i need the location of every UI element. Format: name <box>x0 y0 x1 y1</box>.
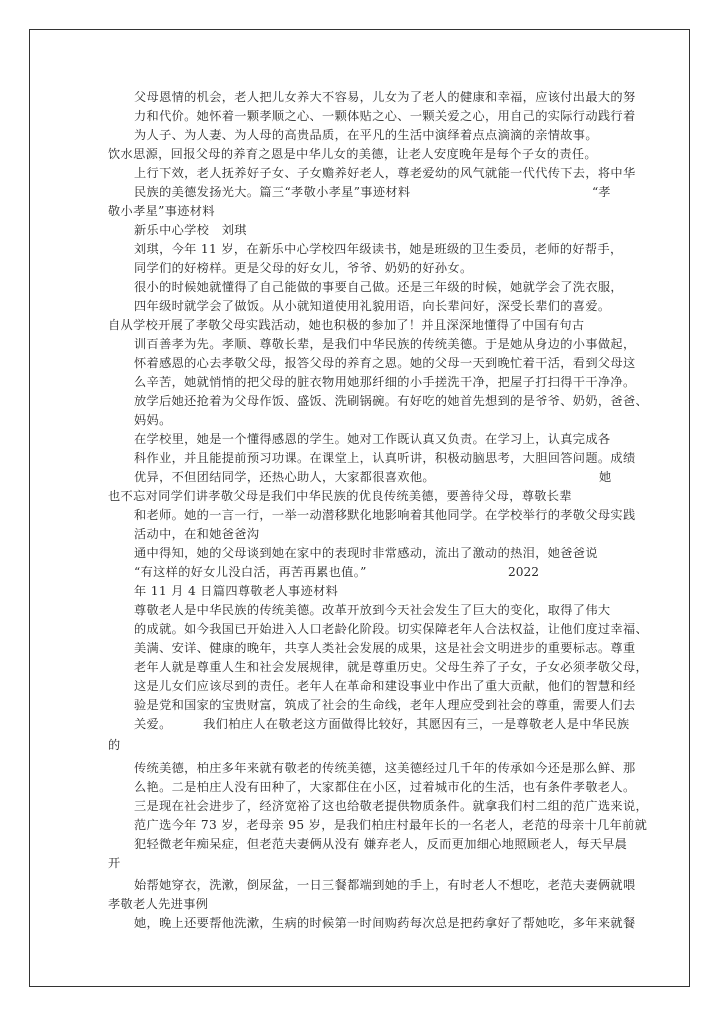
text-line: 这是儿女们应该尽到的责任。老年人在革命和建设事业中作出了重大贡献，他们的智慧和经 <box>134 678 636 694</box>
text-line: 优异，不但团结同学，还热心助人，大家都很喜欢他。 <box>134 469 435 485</box>
text-line: 也不忘对同学们讲孝敬父母是我们中华民族的优良传统美德，要善待父母，尊敬长辈 <box>108 488 572 504</box>
text-line: 尊敬老人是中华民族的传统美德。改革开放到今天社会发生了巨大的变化，取得了伟大 <box>134 602 610 618</box>
text-line: 的成就。如今我国已开始进入人口老龄化阶段。切实保障老年人合法权益，让他们度过幸福… <box>134 621 648 637</box>
text-line: 很小的时候她就懂得了自己能做的事要自己做。还是三年级的时候，她就学会了洗衣服， <box>134 279 623 295</box>
text-line: 三是现在社会进步了，经济宽裕了这也给敬老提供物质条件。就拿我们村二组的范广选来说… <box>134 798 648 814</box>
text-line: 敬小孝星”事迹材料 <box>108 203 215 219</box>
text-line: 开 <box>108 855 121 871</box>
text-line: 新乐中心学校 刘琪 <box>134 222 247 238</box>
text-line-fragment: 她 <box>599 469 611 485</box>
text-line: 同学们的好榜样。更是父母的好女儿，爷爷、奶奶的好孙女。 <box>134 260 473 276</box>
text-line: 在学校里，她是一个懂得感恩的学生。她对工作既认真又负责。在学习上，认真完成各 <box>134 431 610 447</box>
text-line: 么艳。二是柏庄人没有田种了，大家都住在小区，过着城市化的生活，也有条件孝敬老人。 <box>134 779 636 795</box>
text-line: 放学后她还抢着为父母作饭、盛饭、洗刷锅碗。有好吃的她首先想到的是爷爷、奶奶，爸爸… <box>134 393 648 409</box>
text-line: 关爱。 我们柏庄人在敬老这方面做得比较好，其愿因有三，一是尊敬老人是中华民族 <box>134 716 629 732</box>
text-line: 父母恩情的机会，老人把儿女养大不容易，儿女为了老人的健康和幸福，应该付出最大的努 <box>134 89 636 105</box>
text-line: 孝敬老人先进事例 <box>108 896 208 912</box>
text-line: 美满、安详、健康的晚年，共享人类社会发展的成果，这是社会文明进步的重要标志。尊重 <box>134 640 636 656</box>
text-line: 四年级时就学会了做饭。从小就知道使用礼貌用语，向长辈问好，深受长辈们的喜爱。 <box>134 298 610 314</box>
text-line: 上行下效，老人抚养好子女、子女赡养好老人，尊老爱幼的风气就能一代代传下去，将中华 <box>134 165 636 181</box>
text-line: 通中得知，她的父母谈到她在家中的表现时非常感动，流出了激动的热泪，她爸爸说 <box>134 545 598 561</box>
text-line: 她，晚上还要帮他洗漱，生病的时候第一时间购药每次总是把药拿好了帮她吃，多年来就餐 <box>134 915 636 931</box>
text-line: 饮水思源，回报父母的养育之恩是中华儿女的美德，让老人安度晚年是每个子女的责任。 <box>108 146 597 162</box>
text-line: 和老师。她的一言一行，一举一动潜移默化地影响着其他同学。在学校举行的孝敬父母实践 <box>134 507 636 523</box>
text-line: 犯轻微老年痴呆症，但老范夫妻俩从没有 嫌弃老人，反而更加细心地照顾老人，每天早晨 <box>134 836 627 852</box>
text-line: 验是党和国家的宝贵财富，筑成了社会的生命线，老年人理应受到社会的尊重，需要人们去 <box>134 697 636 713</box>
text-line: 活动中，在和她爸爸沟 <box>134 526 259 542</box>
text-line: 自从学校开展了孝敬父母实践活动，她也积极的参加了！并且深深地懂得了中国有句古 <box>108 317 584 333</box>
text-line: 年 11 月 4 日篇四尊敬老人事迹材料 <box>134 583 338 599</box>
text-line: 妈妈。 <box>134 412 172 428</box>
text-line: 始帮她穿衣，洗漱，倒尿盆，一日三餐都端到她的手上，有时老人不想吃，老范夫妻俩就喂 <box>134 877 636 893</box>
text-line: 刘琪，今年 11 岁，在新乐中心学校四年级读书，她是班级的卫生委员，老师的好帮手… <box>134 241 623 257</box>
text-line: 民族的美德发扬光大。篇三“孝敬小孝星”事迹材料 <box>134 184 410 200</box>
text-line: “有这样的好女儿没白活，再苦再累也值。” <box>134 564 367 580</box>
text-line: 范广选今年 73 岁，老母亲 95 岁，是我们柏庄村最年长的一名老人，老范的母亲… <box>134 817 647 833</box>
text-line: 传统美德，柏庄多年来就有敬老的传统美德，这美德经过几千年的传承如今还是那么鲜、那 <box>134 760 636 776</box>
text-line-fragment: 2022 <box>508 564 539 580</box>
text-line: 力和代价。她怀着一颗孝顺之心、一颗体贴之心、一颗关爱之心，用自己的实际行动践行着 <box>134 108 636 124</box>
text-line: 么辛苦，她就悄悄的把父母的脏衣物用她那纤细的小手搓洗干净，把屋子打扫得干干净净。 <box>134 374 636 390</box>
text-line: 为人子、为人妻、为人母的高贵品质，在平凡的生活中演绎着点点滴滴的亲情故事。 <box>134 127 598 143</box>
text-line: 训百善孝为先。孝顺、尊敬长辈，是我们中华民族的传统美德。于是她从身边的小事做起， <box>134 336 636 352</box>
text-line-fragment: “孝 <box>592 184 610 200</box>
text-line: 科作业，并且能提前预习功课。在课堂上，认真听讲，积极动脑思考，大胆回答问题。成绩 <box>134 450 636 466</box>
text-line: 老年人就是尊重人生和社会发展规律，就是尊重历史。父母生养了子女，子女必须孝敬父母… <box>134 659 648 675</box>
text-line: 的 <box>108 737 121 753</box>
text-line: 怀着感恩的心去孝敬父母，报答父母的养育之恩。她的父母一天到晚忙着干活，看到父母这 <box>134 355 636 371</box>
